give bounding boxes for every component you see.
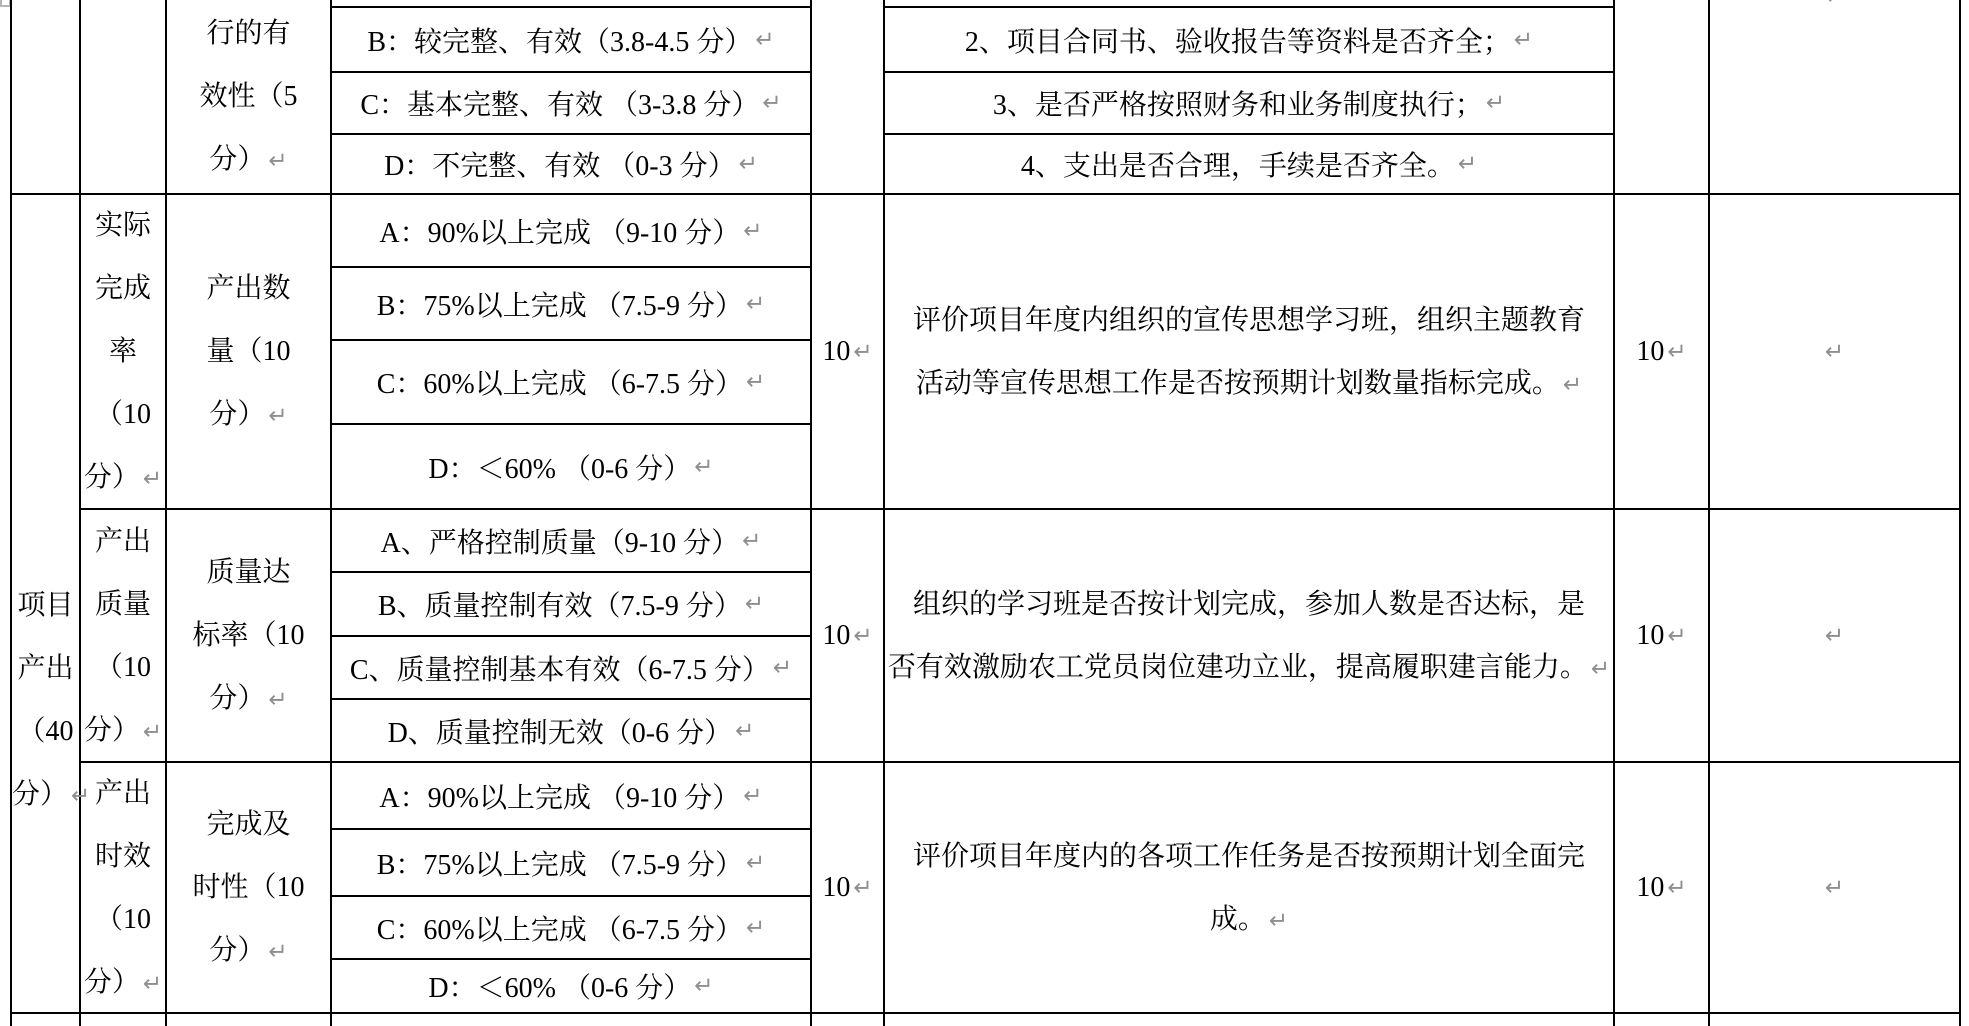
paragraph-mark: ↵ <box>1591 656 1610 682</box>
empty-cell[interactable] <box>167 1014 332 1026</box>
paragraph-mark: ↵ <box>1825 0 1844 10</box>
text-block: 实际 完成 率 （10 分）↵ <box>81 194 165 509</box>
paragraph-mark: ↵ <box>853 875 872 901</box>
description-cell[interactable]: 评价项目年度内的各项工作任务是否按预期计划全面完 成。↵ <box>885 763 1615 1014</box>
empty-cell[interactable] <box>812 1014 885 1026</box>
indicator-name-cell-effectiveness[interactable]: 行的有 效性（5 分）↵ <box>167 0 332 195</box>
paragraph-mark: ↵ <box>773 655 792 681</box>
text-line: 实际 <box>81 194 165 257</box>
text-line: 效性（5 <box>167 65 330 128</box>
indicator-text: 分） <box>209 935 265 966</box>
indicator-text: 质量达 <box>206 557 290 588</box>
note-text: 3、是否严格按照财务和业务制度执行； <box>993 83 1483 123</box>
score-value: 10 <box>1636 872 1664 904</box>
indicator-text: 产出数 <box>206 273 290 304</box>
criteria-cell-b[interactable]: B：75%以上完成 （7.5-9 分）↵ <box>332 830 812 897</box>
weight-cell[interactable]: 10↵ <box>812 763 885 1014</box>
text-line: （10 <box>81 888 165 951</box>
text-line: 评价项目年度内的各项工作任务是否按预期计划全面完 <box>885 825 1613 888</box>
criteria-cell-b[interactable]: B：75%以上完成 （7.5-9 分）↵ <box>332 268 812 341</box>
category-text: 产出 <box>17 653 73 684</box>
description-text: 评价项目年度内的各项工作任务是否按预期计划全面完 <box>913 841 1585 872</box>
metric-name-cell-output-quality[interactable]: 产出 质量 （10 分）↵ <box>81 510 167 763</box>
text-line: 产出数 <box>167 257 330 320</box>
text-block: 完成及 时性（10 分）↵ <box>167 793 330 982</box>
text-block: 评价项目年度内的各项工作任务是否按预期计划全面完 成。↵ <box>885 825 1613 951</box>
text-block: 产出数 量（10 分）↵ <box>167 257 330 446</box>
indicator-text: 分） <box>209 144 265 175</box>
paragraph-mark: ↵ <box>1825 339 1844 365</box>
text-line: 分）↵ <box>12 763 79 826</box>
empty-cell[interactable] <box>81 0 167 195</box>
criteria-cell-a[interactable]: A：90%以上完成 （9-10 分）↵ <box>332 195 812 268</box>
criteria-cell-c[interactable]: C、质量控制基本有效（6-7.5 分）↵ <box>332 637 812 700</box>
remark-cell[interactable]: ↵ <box>1710 510 1961 763</box>
text-line: 组织的学习班是否按计划完成，参加人数是否达标，是 <box>885 573 1613 636</box>
criteria-cell-d[interactable]: D：＜60% （0-6 分）↵ <box>332 960 812 1014</box>
note-strip-cell[interactable] <box>885 0 1615 8</box>
weight-cell[interactable]: 10↵ <box>812 195 885 510</box>
text-line: 时效 <box>81 825 165 888</box>
paragraph-mark: ↵ <box>1458 151 1477 177</box>
criteria-cell-d[interactable]: D、质量控制无效（0-6 分）↵ <box>332 700 812 763</box>
paragraph-mark: ↵ <box>694 973 713 999</box>
remark-cell[interactable]: ↵ <box>1710 763 1961 1014</box>
text-line: 分）↵ <box>81 699 165 762</box>
weight-cell[interactable]: 10↵ <box>812 510 885 763</box>
indicator-text: 完成及 <box>206 809 290 840</box>
criteria-cell-b[interactable]: B、质量控制有效（7.5-9 分）↵ <box>332 573 812 637</box>
document-page: 行的有 效性（5 分）↵ B：较完整、有效（3.8-4.5 分）↵ C：基本完整… <box>0 0 1969 1026</box>
metric-name-cell-output-timeliness[interactable]: 产出 时效 （10 分）↵ <box>81 763 167 1014</box>
indicator-name-cell-quality-rate[interactable]: 质量达 标率（10 分）↵ <box>167 510 332 763</box>
score-cell[interactable]: 10↵ <box>1615 195 1710 510</box>
description-text: 否有效激励农工党员岗位建功立业，提高履职建言能力。 <box>888 652 1588 683</box>
indicator-text: 分） <box>209 683 265 714</box>
paragraph-mark: ↵ <box>268 687 287 713</box>
paragraph-mark: ↵ <box>268 148 287 174</box>
text-line: 完成 <box>81 257 165 320</box>
paragraph-mark: ↵ <box>742 528 761 554</box>
paragraph-mark: ↵ <box>694 454 713 480</box>
weight-value: 10 <box>822 336 850 368</box>
text-block: 行的有 效性（5 分）↵ <box>167 2 330 191</box>
score-cell[interactable]: 10↵ <box>1615 763 1710 1014</box>
criteria-text: A：90%以上完成 （9-10 分） <box>379 211 740 251</box>
paragraph-mark: ↵ <box>1825 623 1844 649</box>
paragraph-mark: ↵ <box>746 369 765 395</box>
text-line: 质量 <box>81 573 165 636</box>
metric-text: 完成 <box>95 273 151 304</box>
criteria-cell-b[interactable]: B：较完整、有效（3.8-4.5 分）↵ <box>332 8 812 73</box>
criteria-strip-cell[interactable] <box>332 0 812 8</box>
text-line: 分）↵ <box>167 383 330 446</box>
text-line: 率 <box>81 320 165 383</box>
paragraph-mark: ↵ <box>743 783 762 809</box>
metric-text: 分） <box>84 967 140 998</box>
description-text: 评价项目年度内组织的宣传思想学习班，组织主题教育 <box>913 305 1585 336</box>
text-block: 产出 质量 （10 分）↵ <box>81 510 165 762</box>
paragraph-mark: ↵ <box>762 90 781 116</box>
text-line: 分）↵ <box>167 667 330 730</box>
metric-text: 时效 <box>95 841 151 872</box>
weight-value: 10 <box>822 872 850 904</box>
weight-cell-cut[interactable] <box>812 0 885 195</box>
criteria-text: C、质量控制基本有效（6-7.5 分） <box>350 648 770 688</box>
text-block: 评价项目年度内组织的宣传思想学习班，组织主题教育 活动等宣传思想工作是否按预期计… <box>885 289 1613 415</box>
text-line: 分）↵ <box>167 919 330 982</box>
note-cell-4[interactable]: 4、支出是否合理，手续是否齐全。↵ <box>885 135 1615 195</box>
empty-cell[interactable] <box>885 1014 1615 1026</box>
text-line: 质量达 <box>167 541 330 604</box>
indicator-text: 效性（5 <box>199 81 297 112</box>
criteria-text: C：60%以上完成 （6-7.5 分） <box>377 908 743 948</box>
criteria-cell-d[interactable]: D：不完整、有效 （0-3 分）↵ <box>332 135 812 195</box>
text-line: 成。↵ <box>885 888 1613 951</box>
metric-text: 产出 <box>95 526 151 557</box>
paragraph-mark: ↵ <box>1825 875 1844 901</box>
category-text: 项目 <box>17 590 73 621</box>
text-line: 项目 <box>12 574 79 637</box>
paragraph-mark: ↵ <box>735 718 754 744</box>
text-line: 时性（10 <box>167 856 330 919</box>
description-text: 成。 <box>1210 904 1266 935</box>
criteria-cell-d[interactable]: D：＜60% （0-6 分）↵ <box>332 425 812 510</box>
paragraph-mark: ↵ <box>853 623 872 649</box>
criteria-cell-c[interactable]: C：60%以上完成 （6-7.5 分）↵ <box>332 341 812 425</box>
text-line: 产出 <box>81 762 165 825</box>
metric-text: 率 <box>109 336 137 367</box>
description-cell[interactable]: 组织的学习班是否按计划完成，参加人数是否达标，是 否有效激励农工党员岗位建功立业… <box>885 510 1615 763</box>
metric-text: 分） <box>84 715 140 746</box>
note-cell-3[interactable]: 3、是否严格按照财务和业务制度执行；↵ <box>885 73 1615 135</box>
empty-cell[interactable] <box>1710 1014 1961 1026</box>
note-text: 4、支出是否合理，手续是否齐全。 <box>1021 144 1455 184</box>
empty-cell[interactable] <box>12 1014 81 1026</box>
score-value: 10 <box>1636 620 1664 652</box>
text-block: 项目 产出 （40 分）↵ <box>12 574 79 826</box>
remark-cell[interactable]: ↵ <box>1710 195 1961 510</box>
criteria-cell-c[interactable]: C：基本完整、有效 （3-3.8 分）↵ <box>332 73 812 135</box>
text-line: （10 <box>81 636 165 699</box>
indicator-name-cell-completion-timeliness[interactable]: 完成及 时性（10 分）↵ <box>167 763 332 1014</box>
text-line: 分）↵ <box>167 128 330 191</box>
evaluation-table: 行的有 效性（5 分）↵ B：较完整、有效（3.8-4.5 分）↵ C：基本完整… <box>10 0 1961 1026</box>
metric-name-cell-completion-rate[interactable]: 实际 完成 率 （10 分）↵ <box>81 195 167 510</box>
note-text: 2、项目合同书、验收报告等资料是否齐全； <box>965 20 1511 60</box>
criteria-text: D：＜60% （0-6 分） <box>428 447 691 487</box>
paragraph-mark: ↵ <box>755 27 774 53</box>
criteria-cell-c[interactable]: C：60%以上完成 （6-7.5 分）↵ <box>332 897 812 960</box>
indicator-text: 分） <box>209 399 265 430</box>
metric-text: （10 <box>95 399 151 430</box>
score-value: 10 <box>1636 336 1664 368</box>
empty-cell[interactable] <box>81 1014 167 1026</box>
note-cell-2[interactable]: 2、项目合同书、验收报告等资料是否齐全；↵ <box>885 8 1615 73</box>
paragraph-mark: ↵ <box>1667 339 1686 365</box>
criteria-text: A：90%以上完成 （9-10 分） <box>379 776 740 816</box>
indicator-text: 时性（10 <box>192 872 304 903</box>
paragraph-mark: ↵ <box>143 971 162 997</box>
criteria-cell-a[interactable]: A：90%以上完成 （9-10 分）↵ <box>332 763 812 830</box>
paragraph-mark: ↵ <box>743 218 762 244</box>
text-block: 质量达 标率（10 分）↵ <box>167 541 330 730</box>
remark-cell-cut[interactable]: ↵ <box>1710 0 1961 195</box>
criteria-text: C：60%以上完成 （6-7.5 分） <box>377 362 743 402</box>
paragraph-mark: ↵ <box>746 915 765 941</box>
criteria-text: B、质量控制有效（7.5-9 分） <box>378 584 742 624</box>
description-text: 活动等宣传思想工作是否按预期计划数量指标完成。 <box>916 368 1560 399</box>
paragraph-mark: ↵ <box>1486 90 1505 116</box>
metric-text: 分） <box>84 462 140 493</box>
metric-text: 质量 <box>95 589 151 620</box>
paragraph-mark: ↵ <box>268 939 287 965</box>
text-line: 产出 <box>12 637 79 700</box>
empty-cell[interactable] <box>332 1014 812 1026</box>
criteria-text: C：基本完整、有效 （3-3.8 分） <box>360 83 759 123</box>
criteria-text: B：75%以上完成 （7.5-9 分） <box>377 843 743 883</box>
text-block: 产出 时效 （10 分）↵ <box>81 762 165 1014</box>
text-line: 评价项目年度内组织的宣传思想学习班，组织主题教育 <box>885 289 1613 352</box>
text-block: 组织的学习班是否按计划完成，参加人数是否达标，是 否有效激励农工党员岗位建功立业… <box>885 573 1613 699</box>
empty-cell[interactable] <box>12 0 81 195</box>
weight-value: 10 <box>822 620 850 652</box>
description-cell[interactable]: 评价项目年度内组织的宣传思想学习班，组织主题教育 活动等宣传思想工作是否按预期计… <box>885 195 1615 510</box>
text-line: 量（10 <box>167 320 330 383</box>
paragraph-mark: ↵ <box>143 466 162 492</box>
criteria-text: D：不完整、有效 （0-3 分） <box>384 144 736 184</box>
criteria-text: A、严格控制质量（9-10 分） <box>381 521 740 561</box>
indicator-text: 行的有 <box>206 18 290 49</box>
indicator-text: 量（10 <box>206 336 290 367</box>
paragraph-mark: ↵ <box>746 850 765 876</box>
empty-cell[interactable] <box>1615 1014 1710 1026</box>
paragraph-mark: ↵ <box>1514 27 1533 53</box>
paragraph-mark: ↵ <box>746 291 765 317</box>
text-line: 分）↵ <box>81 446 165 509</box>
score-cell[interactable]: 10↵ <box>1615 510 1710 763</box>
criteria-cell-a[interactable]: A、严格控制质量（9-10 分）↵ <box>332 510 812 573</box>
text-line: 完成及 <box>167 793 330 856</box>
criteria-text: D：＜60% （0-6 分） <box>428 966 691 1006</box>
metric-text: （10 <box>95 652 151 683</box>
score-cell-cut[interactable] <box>1615 0 1710 195</box>
text-line: （40 <box>12 700 79 763</box>
text-line: 分）↵ <box>81 951 165 1014</box>
paragraph-mark: ↵ <box>143 719 162 745</box>
text-line: （10 <box>81 383 165 446</box>
paragraph-mark: ↵ <box>853 339 872 365</box>
text-line: 否有效激励农工党员岗位建功立业，提高履职建言能力。↵ <box>885 636 1613 699</box>
category-text: （40 <box>17 716 73 747</box>
criteria-text: D、质量控制无效（0-6 分） <box>388 711 733 751</box>
description-text: 组织的学习班是否按计划完成，参加人数是否达标，是 <box>913 589 1585 620</box>
text-line: 活动等宣传思想工作是否按预期计划数量指标完成。↵ <box>885 352 1613 415</box>
paragraph-mark: ↵ <box>1667 623 1686 649</box>
paragraph-mark: ↵ <box>1667 875 1686 901</box>
criteria-text: B：75%以上完成 （7.5-9 分） <box>377 284 743 324</box>
metric-text: （10 <box>95 904 151 935</box>
category-text: 分） <box>12 779 68 810</box>
indicator-text: 标率（10 <box>192 620 304 651</box>
text-line: 标率（10 <box>167 604 330 667</box>
paragraph-mark: ↵ <box>1269 908 1288 934</box>
metric-text: 产出 <box>95 778 151 809</box>
paragraph-mark: ↵ <box>268 403 287 429</box>
text-line: 行的有 <box>167 2 330 65</box>
text-line: 产出 <box>81 510 165 573</box>
criteria-text: B：较完整、有效（3.8-4.5 分） <box>367 20 752 60</box>
paragraph-mark: ↵ <box>1563 372 1582 398</box>
paragraph-mark: ↵ <box>745 591 764 617</box>
category-cell-project-output[interactable]: 项目 产出 （40 分）↵ <box>12 195 81 1014</box>
metric-text: 实际 <box>95 210 151 241</box>
paragraph-mark: ↵ <box>739 151 758 177</box>
indicator-name-cell-output-quantity[interactable]: 产出数 量（10 分）↵ <box>167 195 332 510</box>
